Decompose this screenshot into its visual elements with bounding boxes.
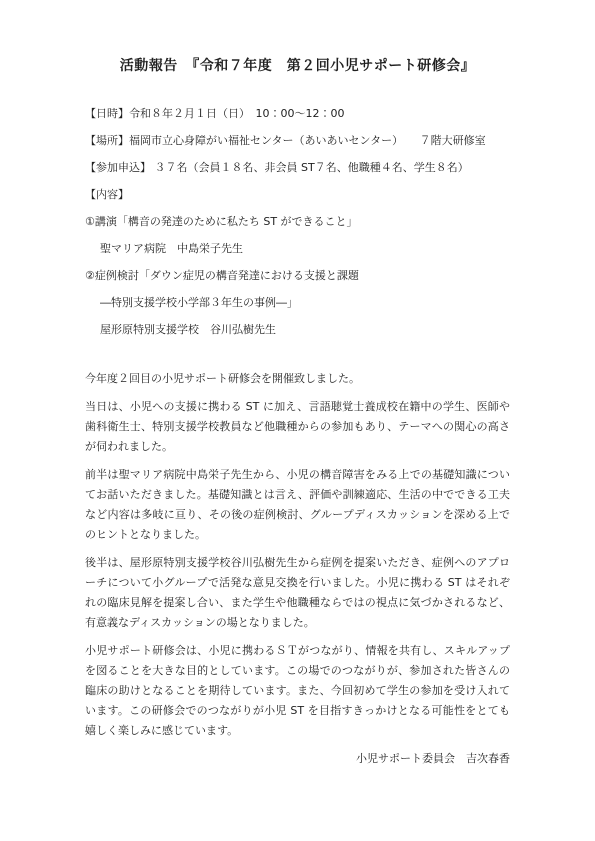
report-paragraph-5: 小児サポート研修会は、小児に携わるＳＴがつながり、情報を共有し、スキルアップを図… xyxy=(85,641,510,741)
report-paragraph-3: 前半は聖マリア病院中島栄子先生から、小児の構音障害をみる上での基礎知識についてお… xyxy=(85,465,510,545)
meta-datetime: 【日時】令和８年２月１日（日） 10：00～12：00 xyxy=(85,100,510,127)
signature: 小児サポート委員会 吉次春香 xyxy=(85,749,510,769)
report-paragraph-4: 後半は、屋形原特別支援学校谷川弘樹先生から症例を提案いただき、症例へのアプローチ… xyxy=(85,553,510,633)
program-line-case-study: ②症例検討「ダウン症児の構音発達における支援と課題 xyxy=(85,262,510,289)
report-title: 活動報告 『令和７年度 第２回小児サポート研修会』 xyxy=(85,56,510,76)
report-paragraph-2: 当日は、小児への支援に携わる ST に加え、言語聴覚士養成校在籍中の学生、医師や… xyxy=(85,397,510,457)
meta-registration: 【参加申込】 ３７名（会員１８名、非会員 ST７名、他職種４名、学生８名） xyxy=(85,154,510,181)
meta-contents-heading: 【内容】 xyxy=(85,181,510,208)
report-body: 今年度２回目の小児サポート研修会を開催致しました。 当日は、小児への支援に携わる… xyxy=(85,369,510,741)
document-content: 活動報告 『令和７年度 第２回小児サポート研修会』 【日時】令和８年２月１日（日… xyxy=(0,0,595,769)
report-paragraph-1: 今年度２回目の小児サポート研修会を開催致しました。 xyxy=(85,369,510,389)
meta-venue: 【場所】福岡市立心身障がい福祉センター（あいあいセンター） ７階大研修室 xyxy=(85,127,510,154)
program-line-presenter: 屋形原特別支援学校 谷川弘樹先生 xyxy=(85,316,510,343)
meta-section: 【日時】令和８年２月１日（日） 10：00～12：00 【場所】福岡市立心身障が… xyxy=(85,100,510,343)
program-line-lecture: ①講演「構音の発達のために私たち ST ができること」 xyxy=(85,208,510,235)
program-line-lecturer: 聖マリア病院 中島栄子先生 xyxy=(85,235,510,262)
document-page: 活動報告 『令和７年度 第２回小児サポート研修会』 【日時】令和８年２月１日（日… xyxy=(0,0,595,841)
program-line-case-subtitle: ―特別支援学校小学部３年生の事例―」 xyxy=(85,289,510,316)
